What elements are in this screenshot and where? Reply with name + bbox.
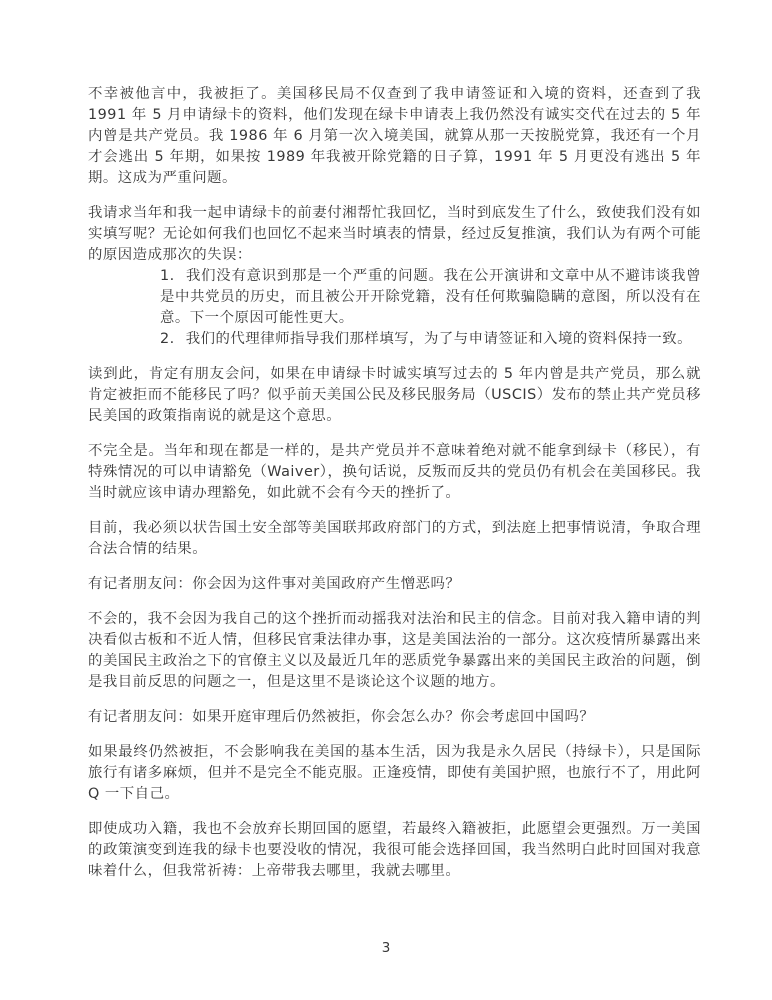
list-item-number: 2. — [160, 331, 175, 347]
list-item: 1.我们没有意识到那是一个严重的问题。我在公开演讲和文章中从不避讳谈我曾是中共党… — [160, 266, 701, 329]
paragraph-reporter-question-2: 有记者朋友问：如果开庭审理后仍然被拒，你会怎么办？你会考虑回中国吗？ — [88, 707, 701, 728]
paragraph-reporter-question-1: 有记者朋友问：你会因为这件事对美国政府产生憎恶吗？ — [88, 574, 701, 595]
reasons-list: 1.我们没有意识到那是一个严重的问题。我在公开演讲和文章中从不避讳谈我曾是中共党… — [88, 266, 701, 350]
document-page: 不幸被他言中，我被拒了。美国移民局不仅查到了我申请签证和入境的资料，还查到了我 … — [0, 0, 772, 1000]
paragraph-green-card-life: 如果最终仍然被拒，不会影响我在美国的基本生活，因为我是永久居民（持绿卡），只是国… — [88, 742, 701, 805]
paragraph-rejection: 不幸被他言中，我被拒了。美国移民局不仅查到了我申请签证和入境的资料，还查到了我 … — [88, 84, 701, 189]
list-item-text: 我们的代理律师指导我们那样填写，为了与申请签证和入境的资料保持一致。 — [186, 331, 692, 347]
paragraph-recall-intro: 我请求当年和我一起申请绿卡的前妻付湘帮忙我回忆，当时到底发生了什么，致使我们没有… — [88, 203, 701, 266]
list-item-text: 我们没有意识到那是一个严重的问题。我在公开演讲和文章中从不避讳谈我曾是中共党员的… — [160, 268, 701, 326]
list-item: 2.我们的代理律师指导我们那样填写，为了与申请签证和入境的资料保持一致。 — [160, 329, 701, 350]
list-item-number: 1. — [160, 268, 175, 284]
paragraph-return-wish: 即使成功入籍，我也不会放弃长期回国的愿望，若最终入籍被拒，此愿望会更强烈。万一美… — [88, 819, 701, 882]
paragraph-uscis-question: 读到此，肯定有朋友会问，如果在申请绿卡时诚实填写过去的 5 年内曾是共产党员，那… — [88, 364, 701, 427]
paragraph-waiver: 不完全是。当年和现在都是一样的，是共产党员并不意味着绝对就不能拿到绿卡（移民），… — [88, 441, 701, 504]
page-number: 3 — [0, 940, 772, 956]
paragraph-lawsuit: 目前，我必须以状告国土安全部等美国联邦政府部门的方式，到法庭上把事情说清，争取合… — [88, 518, 701, 560]
paragraph-belief: 不会的，我不会因为我自己的这个挫折而动摇我对法治和民主的信念。目前对我入籍申请的… — [88, 609, 701, 693]
document-body: 不幸被他言中，我被拒了。美国移民局不仅查到了我申请签证和入境的资料，还查到了我 … — [88, 84, 701, 896]
